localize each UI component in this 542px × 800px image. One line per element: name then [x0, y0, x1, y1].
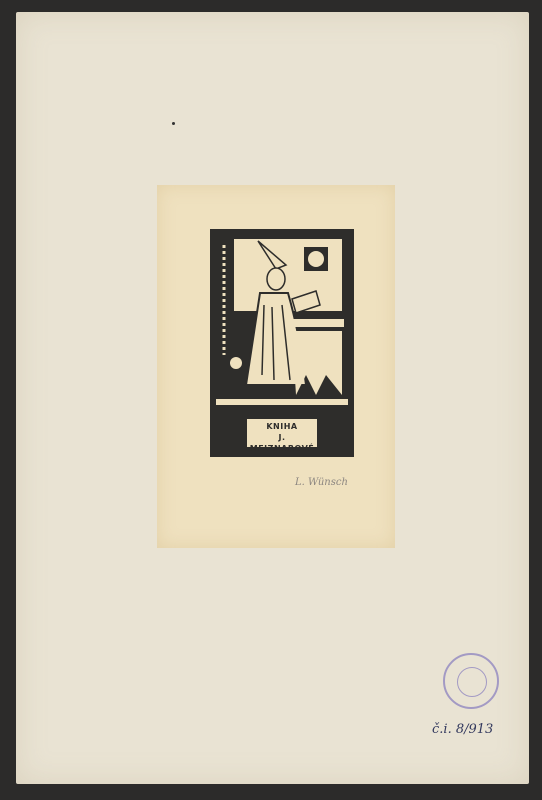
inscription-line-2: J. MEIZNAROVÉ — [247, 432, 317, 454]
institution-stamp — [443, 653, 499, 709]
bookplate-mount: KNIHA J. MEIZNAROVÉ L. Wünsch — [157, 185, 395, 548]
reading-woman-illustration — [216, 235, 348, 415]
artist-signature: L. Wünsch — [295, 477, 348, 488]
bookplate-inscription: KNIHA J. MEIZNAROVÉ — [247, 419, 317, 447]
inventory-number: č.i. 8/913 — [432, 722, 493, 737]
inscription-line-1: KNIHA — [247, 421, 317, 432]
woodcut-print: KNIHA J. MEIZNAROVÉ — [210, 229, 354, 457]
paper-speck — [172, 122, 175, 125]
